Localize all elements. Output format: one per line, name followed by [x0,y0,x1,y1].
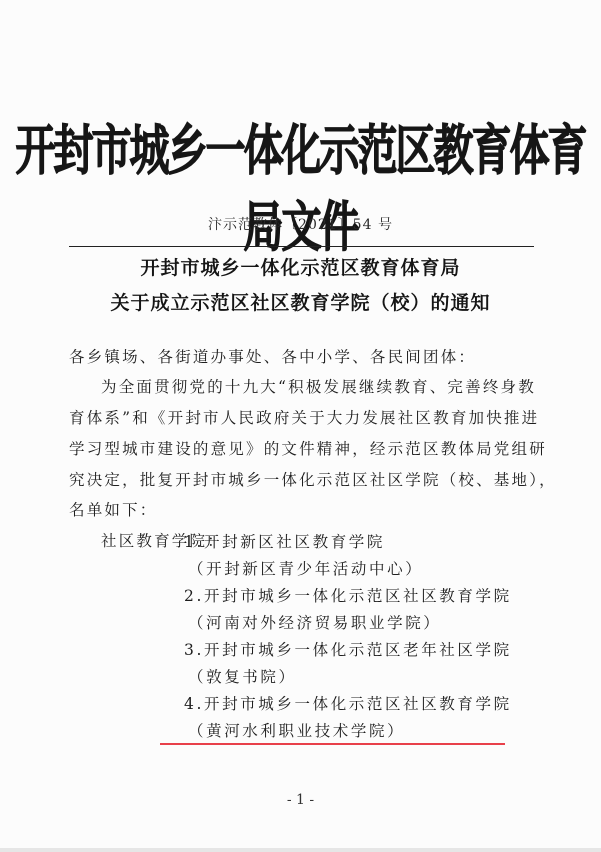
body-line-3: 学习型城市建设的意见》的文件精神，经示范区教体局党组研 [69,437,547,459]
body-line-2: 育体系”和《开封市人民政府关于大力发展社区教育加快推进 [69,406,539,428]
list-item-4-name: 4.开封市城乡一体化示范区社区教育学院 [184,692,512,714]
body-line-1: 为全面贯彻党的十九大“积极发展继续教育、完善终身教 [101,375,536,397]
document-page: 开封市城乡一体化示范区教育体育局文件 汴示范教体〔2021〕54 号 开封市城乡… [0,0,601,852]
list-item-4-host: （黄河水利职业技术学院） [188,719,405,741]
document-header: 开封市城乡一体化示范区教育体育局文件 [0,108,601,262]
list-item-2-host: （河南对外经济贸易职业学院） [188,611,441,633]
list-item-3-host: （敦复书院） [188,665,297,687]
notice-title-line-2: 关于成立示范区社区教育学院（校）的通知 [0,288,601,315]
red-annotation-line [160,743,505,745]
page-number: - 1 - [0,792,601,808]
salutation: 各乡镇场、各街道办事处、各中小学、各民间团体： [69,345,476,367]
list-item-1-name: 1.开封新区社区教育学院 [184,530,385,552]
document-number: 汴示范教体〔2021〕54 号 [0,214,601,234]
body-line-4: 究决定，批复开封市城乡一体化示范区社区学院（校、基地）， [69,468,557,490]
page-bottom-edge [0,848,601,852]
body-line-5: 名单如下： [69,498,158,520]
list-item-3-name: 3.开封市城乡一体化示范区老年社区学院 [184,638,512,660]
list-item-2-name: 2.开封市城乡一体化示范区社区教育学院 [184,584,512,606]
notice-title-line-1: 开封市城乡一体化示范区教育体育局 [0,253,601,280]
list-item-1-host: （开封新区青少年活动中心） [188,557,423,579]
header-divider [69,246,534,247]
